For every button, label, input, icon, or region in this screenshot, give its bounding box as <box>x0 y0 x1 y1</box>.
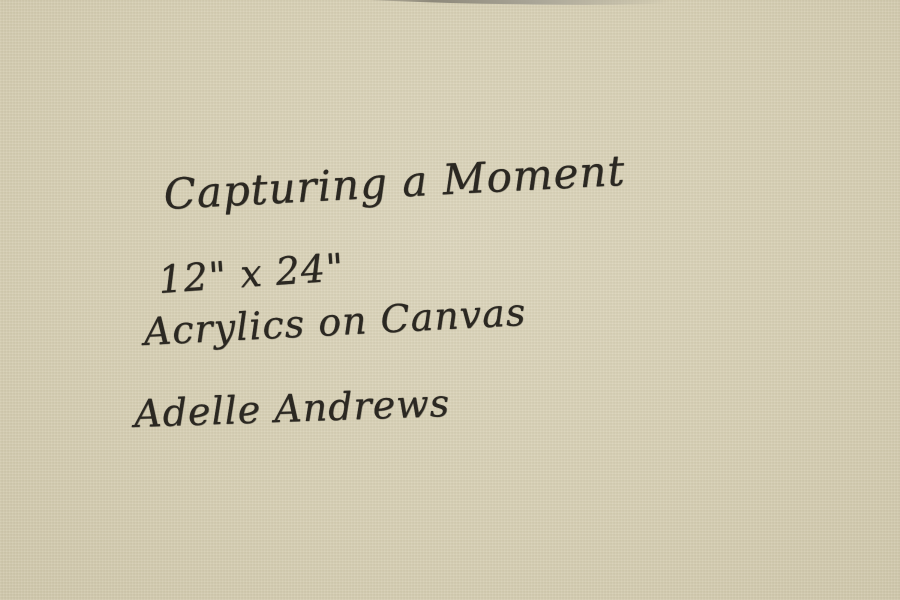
artist-signature: Adelle Andrews <box>133 381 450 436</box>
artwork-title: Capturing a Moment <box>162 146 626 219</box>
artwork-dimensions: 12" x 24" <box>157 245 346 302</box>
artwork-medium: Acrylics on Canvas <box>143 290 528 354</box>
frame-edge <box>330 0 670 7</box>
